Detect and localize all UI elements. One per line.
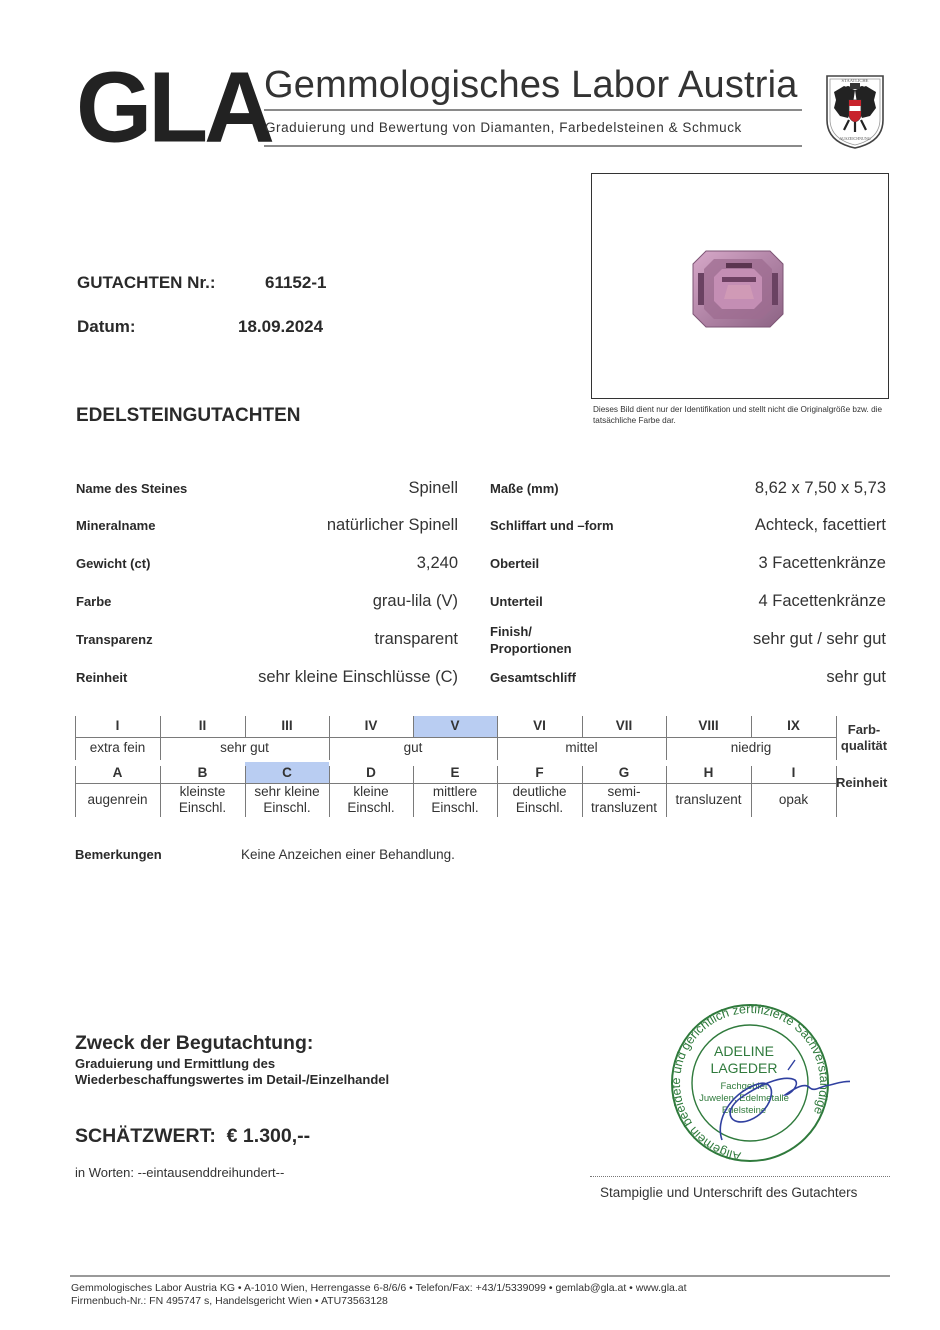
clarity-description: transluzent	[666, 792, 751, 808]
svg-text:Juwelen, Edelmetalle: Juwelen, Edelmetalle	[699, 1093, 789, 1104]
color-quality-label: Farb- qualität	[838, 722, 890, 754]
svg-text:AUSZEICHNUNG: AUSZEICHNUNG	[839, 136, 870, 141]
property-label: Oberteil	[490, 556, 539, 571]
property-label: Name des Steines	[76, 481, 187, 496]
header-divider-bottom	[264, 145, 802, 147]
lab-subtitle: Graduierung und Bewertung von Diamanten,…	[265, 120, 742, 135]
stamp-caption: Stampiglie und Unterschrift des Gutachte…	[600, 1185, 857, 1200]
property-value: sehr gut / sehr gut	[753, 630, 886, 649]
purpose-text: Graduierung und Ermittlung des Wiederbes…	[75, 1056, 389, 1088]
clarity-description: opak	[751, 792, 836, 808]
property-value: sehr kleine Einschlüsse (C)	[258, 668, 458, 687]
footer-divider	[70, 1275, 890, 1277]
lab-name: Gemmologisches Labor Austria	[264, 62, 798, 108]
property-label: Gewicht (ct)	[76, 556, 150, 571]
clarity-grade-F: F	[497, 765, 582, 780]
property-value: 3,240	[417, 554, 458, 573]
property-label: Transparenz	[76, 632, 153, 647]
color-grade-II: II	[160, 718, 245, 733]
clarity-description: kleine Einschl.	[329, 784, 413, 816]
property-value: 8,62 x 7,50 x 5,73	[755, 479, 886, 498]
clarity-grade-H: H	[666, 765, 751, 780]
color-grade-VII: VII	[582, 718, 666, 733]
color-group-label: sehr gut	[160, 740, 329, 755]
property-label: Mineralname	[76, 518, 155, 533]
estimate-in-words: in Worten: --eintausenddreihundert--	[75, 1165, 284, 1180]
austrian-eagle-emblem-icon: STAATLICHE AUSZEICHNUNG	[822, 70, 888, 150]
estimate-label: SCHÄTZWERT:	[75, 1125, 216, 1147]
property-label: Unterteil	[490, 594, 543, 609]
photo-caption: Dieses Bild dient nur der Identifikation…	[593, 404, 883, 426]
header-divider-top	[264, 109, 802, 111]
clarity-grade-G: G	[582, 765, 666, 780]
svg-text:LAGEDER: LAGEDER	[711, 1060, 778, 1076]
property-value: Spinell	[408, 479, 458, 498]
purpose-line-1: Graduierung und Ermittlung des	[75, 1056, 389, 1072]
signature-line	[590, 1176, 890, 1177]
clarity-description: mittlere Einschl.	[413, 784, 497, 816]
color-grade-IV: IV	[329, 718, 413, 733]
property-value: 3 Facettenkränze	[759, 554, 887, 573]
property-value: natürlicher Spinell	[327, 516, 458, 535]
property-label: Maße (mm)	[490, 481, 559, 496]
color-group-label: mittel	[497, 740, 666, 755]
report-number-label: GUTACHTEN Nr.:	[77, 273, 216, 293]
clarity-description: kleinste Einschl.	[160, 784, 245, 816]
purpose-line-2: Wiederbeschaffungswertes im Detail-/Einz…	[75, 1072, 389, 1088]
remarks-label: Bemerkungen	[75, 847, 162, 862]
property-label: Reinheit	[76, 670, 127, 685]
svg-text:STAATLICHE: STAATLICHE	[842, 78, 869, 83]
estimate-value: € 1.300,--	[227, 1125, 310, 1147]
clarity-grade-C: C	[245, 765, 329, 780]
color-grade-IX: IX	[751, 718, 836, 733]
color-scale-divider	[75, 737, 836, 738]
clarity-label: Reinheit	[836, 775, 887, 791]
property-value: transparent	[375, 630, 458, 649]
property-label: Farbe	[76, 594, 111, 609]
color-grade-VI: VI	[497, 718, 582, 733]
expert-stamp: Allgemein beeidete und gerichtlich zerti…	[660, 1000, 850, 1175]
clarity-grade-D: D	[329, 765, 413, 780]
clarity-description: deutliche Einschl.	[497, 784, 582, 816]
property-value: sehr gut	[826, 668, 886, 687]
footer-address: Gemmologisches Labor Austria KG • A-1010…	[71, 1282, 687, 1294]
clarity-grade-I: I	[751, 765, 836, 780]
property-label: Gesamtschliff	[490, 670, 576, 685]
clarity-description: semi- transluzent	[582, 784, 666, 816]
color-group-label: extra fein	[75, 740, 160, 755]
property-label: Schliffart und –form	[490, 518, 614, 533]
gem-photo	[692, 249, 784, 329]
color-grade-I: I	[75, 718, 160, 733]
clarity-description: sehr kleine Einschl.	[245, 784, 329, 816]
report-number-value: 61152-1	[265, 273, 326, 293]
remarks-value: Keine Anzeichen einer Behandlung.	[241, 847, 455, 862]
footer-registry: Firmenbuch-Nr.: FN 495747 s, Handelsgeri…	[71, 1295, 388, 1307]
clarity-description: augenrein	[75, 792, 160, 808]
clarity-scale-gridline	[836, 766, 837, 817]
color-grade-VIII: VIII	[666, 718, 751, 733]
clarity-grade-A: A	[75, 765, 160, 780]
report-date-label: Datum:	[77, 317, 136, 337]
property-value: 4 Facettenkränze	[759, 592, 887, 611]
purpose-title: Zweck der Begutachtung:	[75, 1032, 313, 1055]
document-title: EDELSTEINGUTACHTEN	[76, 405, 300, 427]
property-value: grau-lila (V)	[373, 592, 458, 611]
svg-text:ADELINE: ADELINE	[714, 1043, 774, 1059]
gla-logo: GLA	[76, 57, 271, 157]
color-group-label: niedrig	[666, 740, 836, 755]
color-grade-III: III	[245, 718, 329, 733]
estimate: SCHÄTZWERT: € 1.300,--	[75, 1125, 310, 1148]
clarity-grade-E: E	[413, 765, 497, 780]
property-value: Achteck, facettiert	[755, 516, 886, 535]
report-date-value: 18.09.2024	[238, 317, 323, 337]
clarity-grade-B: B	[160, 765, 245, 780]
color-group-label: gut	[329, 740, 497, 755]
color-grade-V: V	[413, 718, 497, 733]
gem-photo-frame	[591, 173, 889, 399]
property-label: Finish/ Proportionen	[490, 623, 580, 657]
